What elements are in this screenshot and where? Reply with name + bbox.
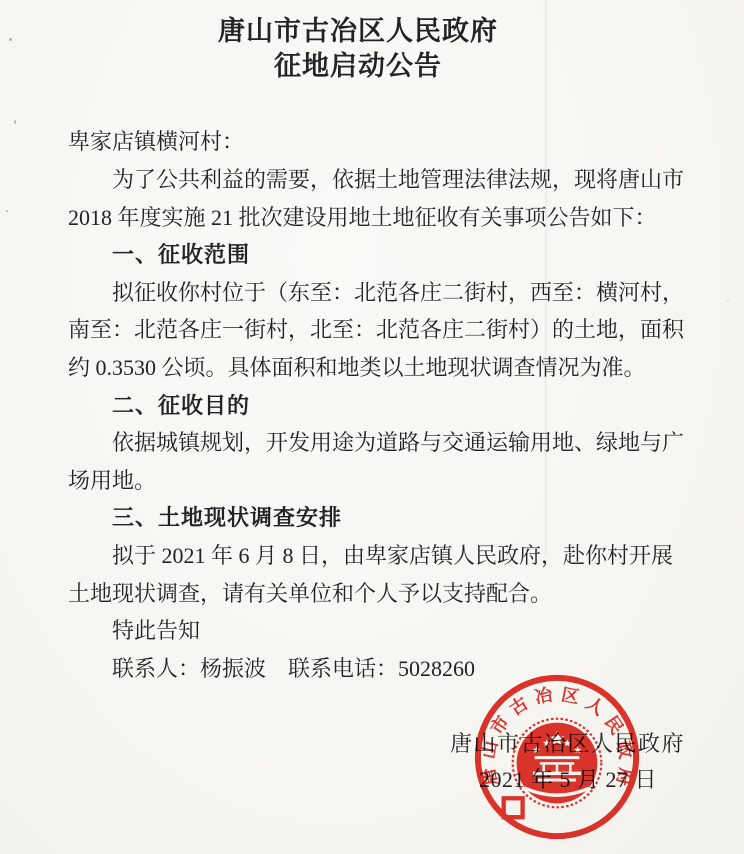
scan-speck (6, 210, 8, 212)
scan-speck (14, 120, 16, 124)
document-title-line2: 征地启动公告 (0, 49, 716, 84)
body-line: 拟于 2021 年 6 月 8 日，由卑家店镇人民政府，赴你村开展 (68, 537, 698, 575)
document-title-line1: 唐山市古冶区人民政府 (0, 14, 716, 49)
scan-speck (9, 38, 12, 41)
document-title: 唐山市古冶区人民政府 征地启动公告 (0, 14, 716, 84)
official-seal: 唐山市古冶区人民政府 (471, 671, 643, 843)
scan-fold-line (545, 0, 547, 556)
document-body: 为了公共利益的需要，依据土地管理法律法规，现将唐山市2018 年度实施 21 批… (68, 161, 698, 687)
body-line: 特此告知 (68, 612, 698, 650)
body-line: 依据城镇规划，开发用途为道路与交通运输用地、绿地与广 (68, 424, 698, 462)
salutation: 卑家店镇横河村： (68, 123, 244, 161)
body-line: 2018 年度实施 21 批次建设用地土地征收有关事项公告如下： (68, 199, 698, 237)
section-heading: 二、征收目的 (68, 387, 698, 425)
official-seal-graphic: 唐山市古冶区人民政府 (471, 671, 643, 843)
body-line: 约 0.3530 公顷。具体面积和地类以土地现状调查情况为准。 (68, 349, 698, 387)
national-emblem-icon (513, 719, 602, 808)
body-line: 拟征收你村位于（东至：北范各庄二街村，西至：横河村， (68, 274, 698, 312)
section-heading: 一、征收范围 (68, 236, 698, 274)
body-line: 土地现状调查，请有关单位和个人予以支持配合。 (68, 575, 698, 613)
scan-speck (727, 300, 729, 302)
section-heading: 三、土地现状调查安排 (68, 499, 698, 537)
body-line: 场用地。 (68, 462, 698, 500)
body-line: 南至：北范各庄一街村，北至：北范各庄二街村）的土地，面积 (68, 311, 698, 349)
document-page: 唐山市古冶区人民政府 征地启动公告 卑家店镇横河村： 为了公共利益的需要，依据土… (0, 0, 744, 854)
body-line: 为了公共利益的需要，依据土地管理法律法规，现将唐山市 (68, 161, 698, 199)
